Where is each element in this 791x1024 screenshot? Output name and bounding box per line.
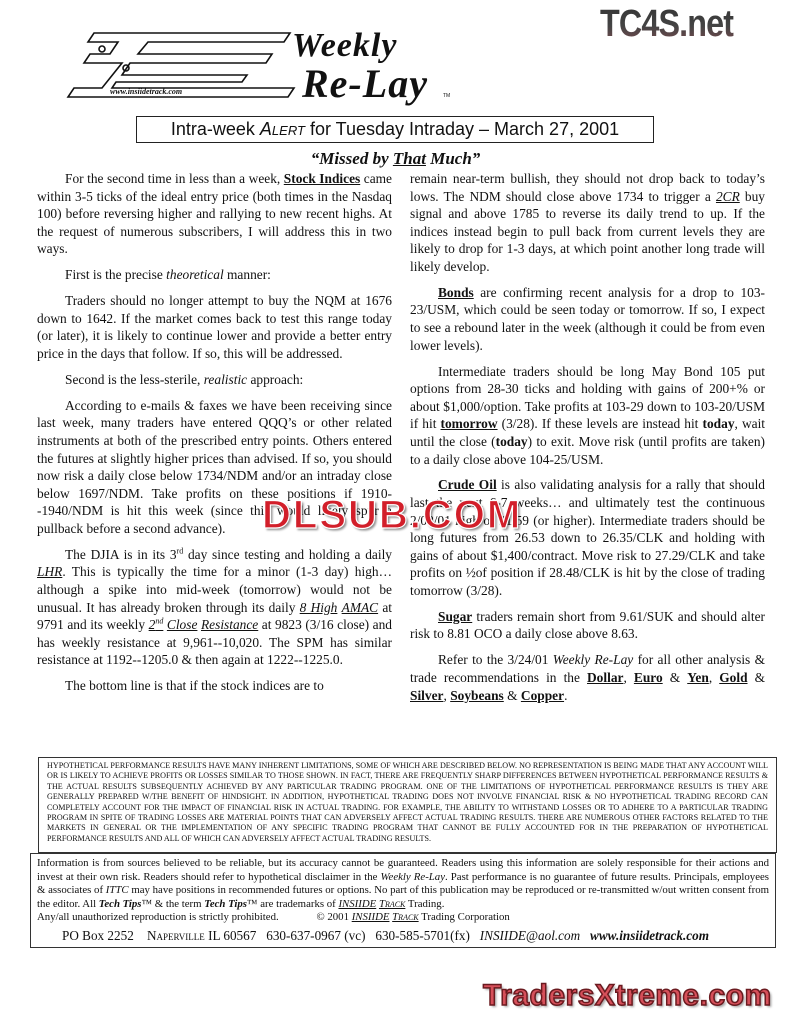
crude-oil-heading: Crude Oil xyxy=(438,477,497,492)
stock-indices-heading: Stock Indices xyxy=(284,171,360,186)
paragraph-theoretical: First is the precise theoretical manner: xyxy=(37,266,392,284)
alert-prefix: Intra-week xyxy=(171,119,260,139)
paragraph-ndm: remain near-term bullish, they should no… xyxy=(410,170,765,276)
info-text: Information is from sources believed to … xyxy=(37,857,769,911)
right-column: remain near-term bullish, they should no… xyxy=(410,170,765,712)
paragraph-sugar: Sugar traders remain short from 9.61/SUK… xyxy=(410,608,765,643)
city: Naperville IL 60567 xyxy=(147,928,256,943)
article-title: “Missed by That Much” xyxy=(0,149,791,169)
alert-word: Alert xyxy=(260,119,305,139)
po-box: PO Box 2252 xyxy=(62,928,134,943)
paragraph-bottom-line: The bottom line is that if the stock ind… xyxy=(37,677,392,695)
tradersxtreme-watermark: TradersXtreme.com xyxy=(483,978,772,1014)
lhr-link: LHR xyxy=(37,564,62,579)
tc4s-watermark: TC4S.net xyxy=(600,4,733,44)
email-link[interactable]: INSIIDE@aol.com xyxy=(480,928,580,943)
masthead-tm: TM xyxy=(443,93,450,99)
bonds-heading: Bonds xyxy=(438,285,474,300)
phone-fax: 630-585-5701(fx) xyxy=(375,928,470,943)
paragraph-refer: Refer to the 3/24/01 Weekly Re-Lay for a… xyxy=(410,651,765,704)
alert-title-box: Intra-week Alert for Tuesday Intraday – … xyxy=(136,116,654,143)
contact-line: PO Box 2252 Naperville IL 60567 630-637-… xyxy=(37,928,769,944)
hypothetical-disclaimer: Hypothetical performance results have ma… xyxy=(38,757,777,853)
ittc-logo-icon: www.insiidetrack.com xyxy=(62,30,302,100)
paragraph-stock-indices: For the second time in less than a week,… xyxy=(37,170,392,258)
paragraph-bond-options: Intermediate traders should be long May … xyxy=(410,363,765,469)
paragraph-nqm: Traders should no longer attempt to buy … xyxy=(37,292,392,362)
copyright-line: Any/all unauthorized reproduction is str… xyxy=(37,911,769,925)
paragraph-realistic: Second is the less-sterile, realistic ap… xyxy=(37,371,392,389)
masthead-relay: Re-Lay xyxy=(302,64,428,104)
paragraph-bonds: Bonds are confirming recent analysis for… xyxy=(410,284,765,354)
paragraph-djia: The DJIA is in its 3rd day since testing… xyxy=(37,546,392,669)
dlsub-watermark: DLSUB.COM xyxy=(262,494,522,536)
info-box: Information is from sources believed to … xyxy=(30,853,776,948)
masthead-weekly: Weekly xyxy=(292,30,397,62)
left-column: For the second time in less than a week,… xyxy=(37,170,392,703)
sugar-heading: Sugar xyxy=(438,609,472,624)
alert-suffix: for Tuesday Intraday – March 27, 2001 xyxy=(305,119,619,139)
phone-voice: 630-637-0967 (vc) xyxy=(266,928,365,943)
website-link[interactable]: www.insiidetrack.com xyxy=(590,928,709,943)
ittc-logo: www.insiidetrack.com xyxy=(62,30,302,100)
logo-url: www.insiidetrack.com xyxy=(110,87,182,96)
